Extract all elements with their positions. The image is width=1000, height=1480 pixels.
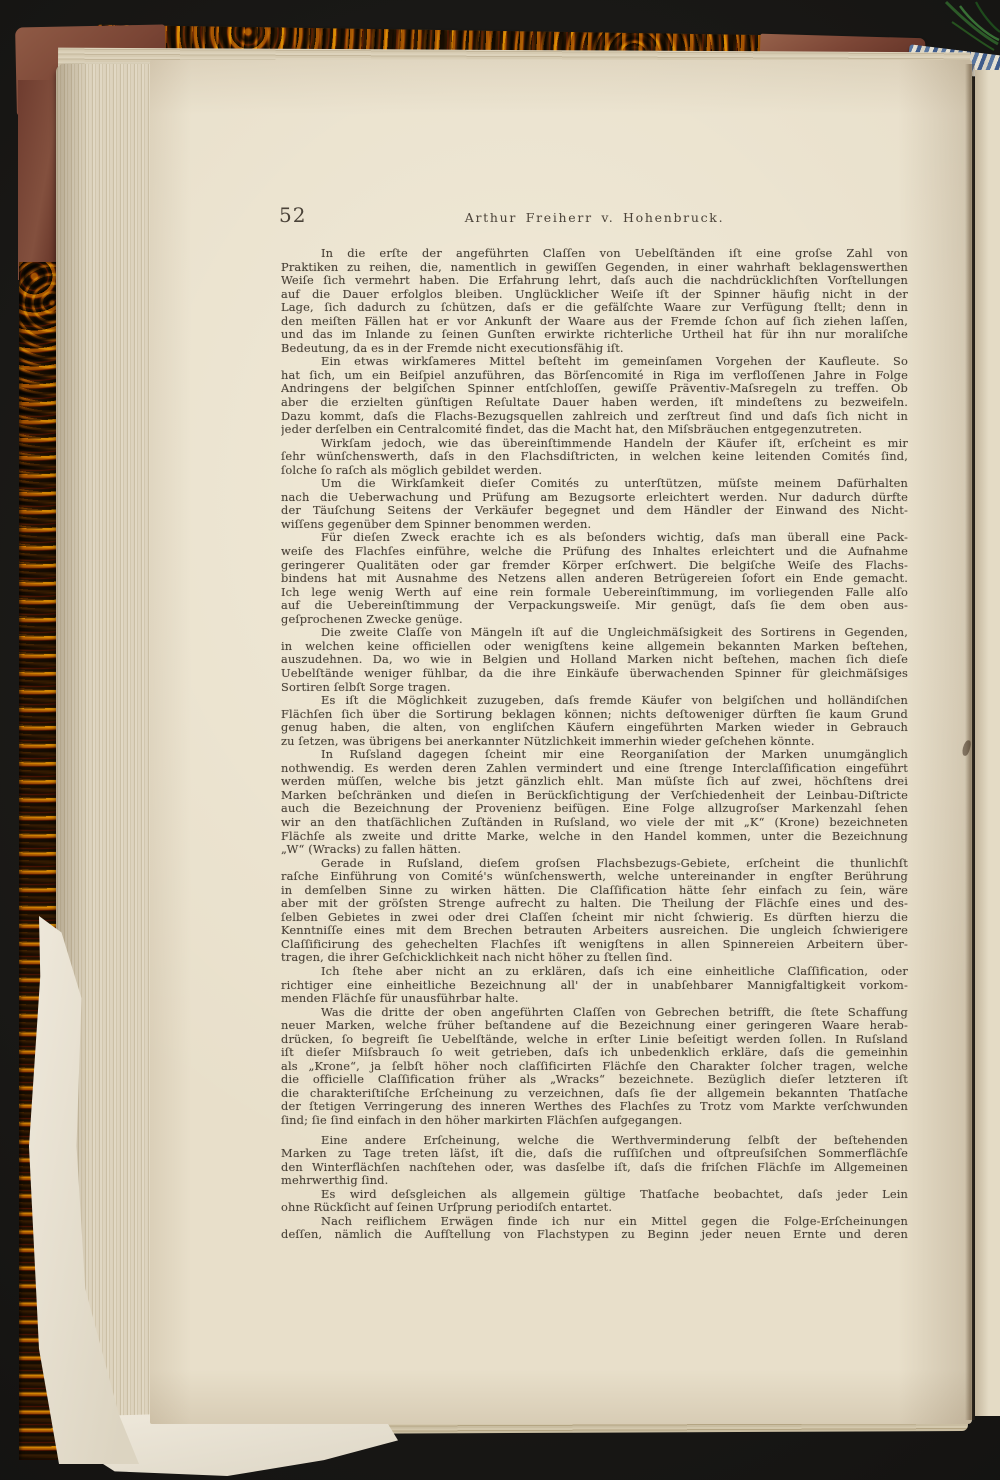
text-line: in welchen keine officiellen oder wenigſ… (281, 640, 908, 654)
text-line: „W“ (Wracks) zu fallen hätten. (281, 843, 908, 857)
facing-page-sliver (975, 70, 1000, 1416)
text-line: Marken beſchränken und dieſen in Berückſ… (281, 789, 908, 803)
text-line: ſelben Gebietes in zwei oder drei Claſſe… (281, 911, 908, 925)
paragraph: In die erſte der angeführten Claſſen von… (281, 247, 908, 355)
paragraph: Wirkſam jedoch, wie das übereinſtimmende… (281, 437, 908, 478)
paragraph: Nach reiflichem Erwägen finde ich nur ei… (281, 1215, 908, 1242)
text-line: Wirkſam jedoch, wie das übereinſtimmende… (281, 437, 908, 451)
text-line: Es iſt die Möglichkeit zuzugeben, daſs f… (281, 694, 908, 708)
text-line: nothwendig. Es werden deren Zahlen vermi… (281, 762, 908, 776)
text-line: richtiger eine einheitliche Bezeichnung … (281, 979, 908, 993)
text-line: Andringens der belgiſchen Spinner entſch… (281, 382, 908, 396)
text-line: Marken zu Tage treten läſst, iſt die, da… (281, 1147, 908, 1161)
book-photo: { "book_page": { "page_number": "52", "r… (0, 0, 1000, 1480)
text-line: Gerade in Ruſsland, dieſem groſsen Flach… (281, 857, 908, 871)
text-line: genug haben, die alten, von engliſchen K… (281, 721, 908, 735)
text-line: drücken, ſo begreift ſie Uebelſtände, we… (281, 1033, 908, 1047)
text-line: Uebelſtände weniger fühlbar, da die ihre… (281, 667, 908, 681)
text-line: ſind; ſie ſind einfach in den höher mark… (281, 1114, 908, 1128)
paragraph: Ich ſtehe aber nicht an zu erklären, daſ… (281, 965, 908, 1006)
text-line: raſche Einführung von Comité's wünſchens… (281, 870, 908, 884)
text-line: die charakteriſtiſche Erſcheinung zu ver… (281, 1087, 908, 1101)
text-line: Sortiren ſelbſt Sorge tragen. (281, 681, 908, 695)
text-line: der Täuſchung Seitens der Verkäufer bege… (281, 504, 908, 518)
running-head: Arthur Freiherr v. Hohenbruck. (281, 210, 908, 225)
text-line: Um die Wirkſamkeit dieſer Comités zu unt… (281, 477, 908, 491)
text-line: ohne Rückſicht auf ſeinen Urſprung perio… (281, 1201, 908, 1215)
text-line: Praktiken zu reihen, die, namentlich in … (281, 261, 908, 275)
text-line: die officielle Claſſification früher als… (281, 1073, 908, 1087)
page-text: In die erſte der angeführten Claſſen von… (281, 247, 908, 1242)
text-line: Claſſificirung des gehechelten Flachſes … (281, 938, 908, 952)
text-line: als „Krone“, ja ſelbſt höher noch claſſi… (281, 1060, 908, 1074)
text-line: neuer Marken, welche früher beſtandene a… (281, 1019, 908, 1033)
text-line: auf die Uebereinſtimmung der Verpackungs… (281, 599, 908, 613)
text-line: nach die Ueberwachung und Prüfung am Bez… (281, 491, 908, 505)
text-line: und das im Inlande zu ſeinen Gunſten erw… (281, 328, 908, 342)
text-line: geringerer Qualitäten oder gar fremder K… (281, 559, 908, 573)
text-line: Nach reiflichem Erwägen finde ich nur ei… (281, 1215, 908, 1229)
text-line: der ſtetigen Verringerung des inneren We… (281, 1100, 908, 1114)
text-line: Für dieſen Zweck erachte ich es als beſo… (281, 531, 908, 545)
text-line: ſehr wünſchenswerth, daſs in den Flachsd… (281, 450, 908, 464)
text-line: ſolche ſo raſch als möglich gebildet wer… (281, 464, 908, 478)
paragraph: Die zweite Claſſe von Mängeln iſt auf di… (281, 626, 908, 694)
text-line: auf die Dauer erfolglos bleiben. Unglück… (281, 288, 908, 302)
text-line: geſprochenen Zwecke genüge. (281, 613, 908, 627)
text-line: Flächſe als zweite und dritte Marke, wel… (281, 830, 908, 844)
text-line: Eine andere Erſcheinung, welche die Wert… (281, 1134, 908, 1148)
text-line: aber mit der gröſsten Strenge aufrecht z… (281, 897, 908, 911)
text-line: Bedeutung, da es in der Fremde nicht exe… (281, 342, 908, 356)
text-line: auch die Bezeichnung der Provenienz beif… (281, 802, 908, 816)
text-line: deſſen, nämlich die Aufſtellung von Flac… (281, 1228, 908, 1242)
text-line: mehrwerthig ſind. (281, 1174, 908, 1188)
text-line: auszudehnen. Da, wo wie in Belgien und H… (281, 653, 908, 667)
text-line: Weiſe ſich vermehrt haben. Die Erfahrung… (281, 274, 908, 288)
paragraph: Ein etwas wirkſameres Mittel beſteht im … (281, 355, 908, 436)
paragraph: Es wird deſsgleichen als allgemein gülti… (281, 1188, 908, 1215)
text-line: jeder derſelben ein Centralcomité findet… (281, 423, 908, 437)
text-line: werden müſſen, welche bis jetzt gänzlich… (281, 775, 908, 789)
text-line: Ein etwas wirkſameres Mittel beſteht im … (281, 355, 908, 369)
text-line: wir an den thatſächlichen Zuſtänden in R… (281, 816, 908, 830)
paragraph: Für dieſen Zweck erachte ich es als beſo… (281, 531, 908, 626)
text-line: bindens hat mit Ausnahme des Netzens all… (281, 572, 908, 586)
paragraph: In Ruſsland dagegen ſcheint mir eine Reo… (281, 748, 908, 856)
text-line: Die zweite Claſſe von Mängeln iſt auf di… (281, 626, 908, 640)
paragraph: Es iſt die Möglichkeit zuzugeben, daſs f… (281, 694, 908, 748)
text-line: weiſe des Flachſes einführe, welche die … (281, 545, 908, 559)
paragraph: Eine andere Erſcheinung, welche die Wert… (281, 1134, 908, 1188)
text-line: wiſſens gegenüber dem Spinner benommen w… (281, 518, 908, 532)
text-line: den meiſten Fällen hat er vor Ankunft de… (281, 315, 908, 329)
text-line: Ich lege wenig Werth auf eine rein forma… (281, 586, 908, 600)
text-line: Es wird deſsgleichen als allgemein gülti… (281, 1188, 908, 1202)
text-line: den Winterflächſen nachſtehen oder, was … (281, 1161, 908, 1175)
text-line: Dazu kommt, daſs die Flachs-Bezugsquelle… (281, 410, 908, 424)
paragraph: Um die Wirkſamkeit dieſer Comités zu unt… (281, 477, 908, 531)
text-line: Kenntniſſe eines mit dem Brechen betraut… (281, 924, 908, 938)
text-line: iſt dieſer Miſsbrauch ſo weit getrieben,… (281, 1046, 908, 1060)
text-line: Was die dritte der oben angeführten Claſ… (281, 1006, 908, 1020)
text-line: Ich ſtehe aber nicht an zu erklären, daſ… (281, 965, 908, 979)
text-line: In die erſte der angeführten Claſſen von… (281, 247, 908, 261)
text-line: Flächſen ſich über die Sortirung beklage… (281, 708, 908, 722)
text-line: hat ſich, um ein Beiſpiel anzuführen, da… (281, 369, 908, 383)
text-line: tragen, die ihrer Geſchicklichkeit nach … (281, 951, 908, 965)
text-line: menden Flächſe für unausführbar halte. (281, 992, 908, 1006)
paragraph: Gerade in Ruſsland, dieſem groſsen Flach… (281, 857, 908, 965)
text-line: zu ſetzen, was übrigens bei anerkannter … (281, 735, 908, 749)
text-line: In Ruſsland dagegen ſcheint mir eine Reo… (281, 748, 908, 762)
text-line: aber die erzielten günſtigen Reſultate D… (281, 396, 908, 410)
paragraph: Was die dritte der oben angeführten Claſ… (281, 1006, 908, 1128)
text-line: in demſelben Sinne zu wirken hätten. Die… (281, 884, 908, 898)
text-line: Lage, ſich dadurch zu ſchützen, daſs er … (281, 301, 908, 315)
